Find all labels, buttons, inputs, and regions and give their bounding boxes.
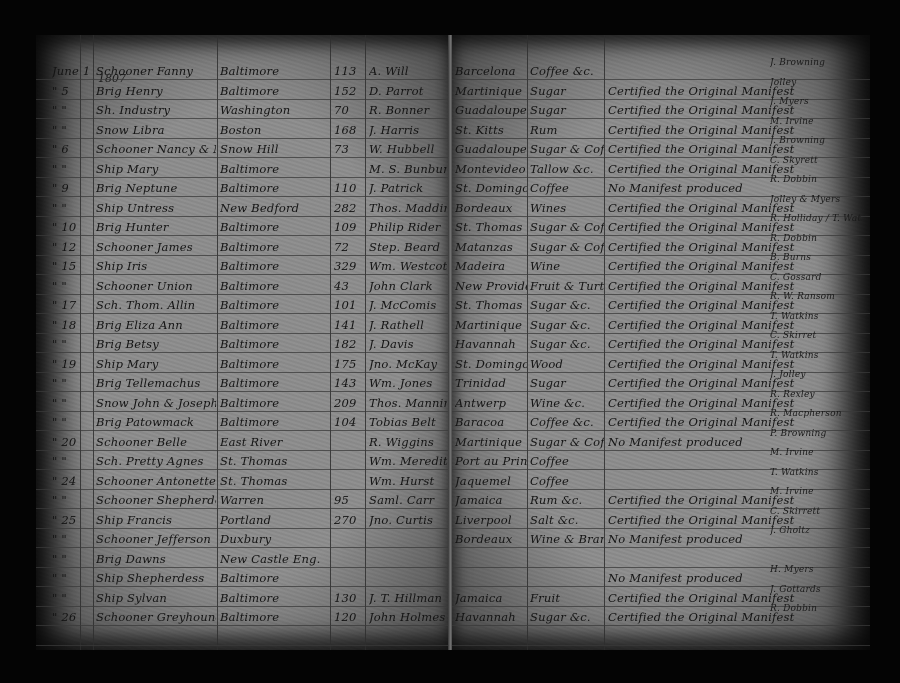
signature-cell: C. Skirret	[770, 331, 862, 341]
vessel-cell: Schooner Antonette	[96, 472, 216, 491]
date-cell: June 1	[52, 62, 94, 81]
port-cell: Duxbury	[220, 530, 328, 549]
port-cell: Baltimore	[220, 374, 328, 393]
date-cell: " "	[52, 277, 94, 296]
date-cell: " 18	[52, 316, 94, 335]
vessel-cell: Schooner James	[96, 238, 216, 257]
cargo-cell: Wood	[530, 355, 604, 374]
date-cell: " "	[52, 394, 94, 413]
column-rule	[365, 35, 366, 650]
port-cell: Baltimore	[220, 160, 328, 179]
from-port-cell: Havannah	[455, 335, 527, 354]
cargo-cell: Fruit & Turtle &c.	[530, 277, 604, 296]
vessel-cell: Sh. Industry	[96, 101, 216, 120]
port-cell: Baltimore	[220, 296, 328, 315]
from-port-cell: Montevideo	[455, 160, 527, 179]
date-cell: " 24	[52, 472, 94, 491]
signature-cell: C. Gossard	[770, 273, 862, 283]
cargo-cell: Coffee	[530, 472, 604, 491]
master-cell: John Clark	[369, 277, 447, 296]
from-port-cell: New Providence	[455, 277, 527, 296]
signature-cell: R. Dobbin	[770, 604, 862, 614]
from-port-cell: Jamaica	[455, 491, 527, 510]
port-cell: Baltimore	[220, 62, 328, 81]
master-cell	[369, 530, 447, 549]
cargo-cell: Sugar &c.	[530, 296, 604, 315]
signature-cell: P. Browning	[770, 429, 862, 439]
from-port-cell: Madeira	[455, 257, 527, 276]
master-cell: Wm. Westcott	[369, 257, 447, 276]
signature-cell: T. Watkins	[770, 312, 862, 322]
column-rule	[217, 35, 218, 650]
cargo-cell	[530, 550, 604, 569]
master-cell: D. Parrot	[369, 82, 447, 101]
vessel-cell: Schooner Belle	[96, 433, 216, 452]
port-cell: Snow Hill	[220, 140, 328, 159]
right-page: BarcelonaCoffee &c.J. BrowningMartinique…	[452, 35, 870, 650]
from-port-cell	[455, 550, 527, 569]
tonnage-cell: 104	[334, 413, 364, 432]
from-port-cell: Jamaica	[455, 589, 527, 608]
tonnage-cell: 110	[334, 179, 364, 198]
port-cell: Baltimore	[220, 277, 328, 296]
date-cell: " "	[52, 160, 94, 179]
master-cell: Wm. Jones	[369, 374, 447, 393]
date-cell: " 6	[52, 140, 94, 159]
from-port-cell: St. Domingo	[455, 179, 527, 198]
vessel-cell: Schooner Fanny	[96, 62, 216, 81]
vessel-cell: Schooner Nancy & Mary	[96, 140, 216, 159]
date-cell: " 15	[52, 257, 94, 276]
date-cell: " 26	[52, 608, 94, 627]
tonnage-cell: 329	[334, 257, 364, 276]
vessel-cell: Schooner Shepherdess	[96, 491, 216, 510]
date-cell: " "	[52, 589, 94, 608]
from-port-cell: Guadaloupe	[455, 140, 527, 159]
cargo-cell: Wine &c.	[530, 394, 604, 413]
master-cell: Wm. Mereditte	[369, 452, 447, 471]
master-cell: J. Patrick	[369, 179, 447, 198]
master-cell: J. Rathell	[369, 316, 447, 335]
tonnage-cell	[334, 452, 364, 471]
tonnage-cell: 72	[334, 238, 364, 257]
signature-cell: R. Rexley	[770, 390, 862, 400]
date-cell: " "	[52, 413, 94, 432]
port-cell: Baltimore	[220, 335, 328, 354]
signature-cell: H. Myers	[770, 565, 862, 575]
vessel-cell: Brig Eliza Ann	[96, 316, 216, 335]
signature-cell: J. Browning	[770, 136, 862, 146]
cargo-cell: Sugar	[530, 82, 604, 101]
row-rule	[36, 645, 450, 646]
date-cell: " "	[52, 550, 94, 569]
master-cell: Jno. McKay	[369, 355, 447, 374]
vessel-cell: Snow John & Joseph	[96, 394, 216, 413]
from-port-cell: Jaquemel	[455, 472, 527, 491]
signature-cell: R. Macpherson	[770, 409, 862, 419]
master-cell: R. Wiggins	[369, 433, 447, 452]
port-cell: Baltimore	[220, 589, 328, 608]
vessel-cell: Schooner Jefferson	[96, 530, 216, 549]
signature-cell: R. W. Ransom	[770, 292, 862, 302]
date-cell: " 10	[52, 218, 94, 237]
tonnage-cell	[334, 550, 364, 569]
port-cell: Baltimore	[220, 316, 328, 335]
vessel-cell: Sch. Thom. Allin	[96, 296, 216, 315]
vessel-cell: Schooner Greyhound	[96, 608, 216, 627]
tonnage-cell: 282	[334, 199, 364, 218]
port-cell: Washington	[220, 101, 328, 120]
from-port-cell: Bordeaux	[455, 530, 527, 549]
tonnage-cell: 141	[334, 316, 364, 335]
vessel-cell: Brig Patowmack	[96, 413, 216, 432]
master-cell: John Holmes	[369, 608, 447, 627]
from-port-cell: Matanzas	[455, 238, 527, 257]
master-cell: Tobias Belt	[369, 413, 447, 432]
row-rule	[452, 645, 870, 646]
port-cell: Baltimore	[220, 238, 328, 257]
tonnage-cell: 101	[334, 296, 364, 315]
signature-cell: C. Skyrett	[770, 156, 862, 166]
cargo-cell	[530, 569, 604, 588]
from-port-cell: Martinique	[455, 316, 527, 335]
tonnage-cell	[334, 433, 364, 452]
from-port-cell: Trinidad	[455, 374, 527, 393]
signature-cell: C. Skirrett	[770, 507, 862, 517]
from-port-cell: Bordeaux	[455, 199, 527, 218]
master-cell: Jno. Curtis	[369, 511, 447, 530]
column-rule	[330, 35, 331, 650]
port-cell: St. Thomas	[220, 452, 328, 471]
left-page: 1807 June 1Schooner FannyBaltimore113A. …	[36, 35, 450, 650]
cargo-cell: Wines	[530, 199, 604, 218]
cargo-cell: Sugar &c.	[530, 316, 604, 335]
tonnage-cell: 175	[334, 355, 364, 374]
tonnage-cell: 143	[334, 374, 364, 393]
from-port-cell: Liverpool	[455, 511, 527, 530]
date-cell: " 9	[52, 179, 94, 198]
vessel-cell: Brig Betsy	[96, 335, 216, 354]
master-cell: Thos. Manning	[369, 394, 447, 413]
date-cell: " 20	[52, 433, 94, 452]
port-cell: Baltimore	[220, 394, 328, 413]
master-cell: M. S. Bunbury	[369, 160, 447, 179]
cargo-cell: Coffee &c.	[530, 413, 604, 432]
date-cell: " "	[52, 452, 94, 471]
tonnage-cell	[334, 530, 364, 549]
from-port-cell	[455, 569, 527, 588]
vessel-cell: Ship Untress	[96, 199, 216, 218]
tonnage-cell: 152	[334, 82, 364, 101]
cargo-cell: Coffee	[530, 179, 604, 198]
cargo-cell: Sugar	[530, 101, 604, 120]
tonnage-cell: 73	[334, 140, 364, 159]
master-cell: Thos. Maddin	[369, 199, 447, 218]
cargo-cell: Coffee &c.	[530, 62, 604, 81]
master-cell: J. McComis	[369, 296, 447, 315]
signature-cell: R. Holliday / T. Watkins	[770, 214, 862, 224]
master-cell: A. Will	[369, 62, 447, 81]
from-port-cell: St. Thomas	[455, 218, 527, 237]
date-cell: " "	[52, 121, 94, 140]
tonnage-cell: 120	[334, 608, 364, 627]
date-cell: " 12	[52, 238, 94, 257]
cargo-cell: Wine	[530, 257, 604, 276]
tonnage-cell: 43	[334, 277, 364, 296]
vessel-cell: Brig Henry	[96, 82, 216, 101]
from-port-cell: Martinique	[455, 433, 527, 452]
tonnage-cell: 109	[334, 218, 364, 237]
tonnage-cell	[334, 472, 364, 491]
from-port-cell: Barcelona	[455, 62, 527, 81]
vessel-cell: Ship Iris	[96, 257, 216, 276]
signature-cell: R. Dobbin	[770, 234, 862, 244]
signature-cell: R. Dobbin	[770, 175, 862, 185]
signature-cell: J. Myers	[770, 97, 862, 107]
from-port-cell: St. Kitts	[455, 121, 527, 140]
signature-cell: Jolley & Myers	[770, 195, 862, 205]
vessel-cell: Ship Shepherdess	[96, 569, 216, 588]
vessel-cell: Sch. Pretty Agnes	[96, 452, 216, 471]
tonnage-cell: 168	[334, 121, 364, 140]
master-cell: W. Hubbell	[369, 140, 447, 159]
master-cell	[369, 550, 447, 569]
from-port-cell: St. Domingo	[455, 355, 527, 374]
ledger-scan: 1807 June 1Schooner FannyBaltimore113A. …	[0, 0, 900, 683]
port-cell: Baltimore	[220, 608, 328, 627]
signature-cell: M. Irvine	[770, 487, 862, 497]
vessel-cell: Brig Hunter	[96, 218, 216, 237]
port-cell: New Castle Eng.	[220, 550, 328, 569]
date-cell: " "	[52, 530, 94, 549]
cargo-cell: Wine & Brandy	[530, 530, 604, 549]
date-cell: " 17	[52, 296, 94, 315]
vessel-cell: Ship Francis	[96, 511, 216, 530]
signature-cell: T. Watkins	[770, 468, 862, 478]
cargo-cell: Fruit	[530, 589, 604, 608]
signature-cell: J. Browning	[770, 58, 862, 68]
column-rule	[527, 35, 528, 650]
vessel-cell: Ship Sylvan	[96, 589, 216, 608]
port-cell: Baltimore	[220, 218, 328, 237]
vessel-cell: Snow Libra	[96, 121, 216, 140]
port-cell: Warren	[220, 491, 328, 510]
tonnage-cell: 70	[334, 101, 364, 120]
cargo-cell: Coffee	[530, 452, 604, 471]
port-cell: East River	[220, 433, 328, 452]
signature-cell: J. Jolley	[770, 370, 862, 380]
master-cell: J. T. Hillman	[369, 589, 447, 608]
vessel-cell: Brig Neptune	[96, 179, 216, 198]
cargo-cell: Rum &c.	[530, 491, 604, 510]
port-cell: Baltimore	[220, 569, 328, 588]
signature-cell: Jolley	[770, 78, 862, 88]
port-cell: New Bedford	[220, 199, 328, 218]
port-cell: Portland	[220, 511, 328, 530]
port-cell: Baltimore	[220, 413, 328, 432]
from-port-cell: Martinique	[455, 82, 527, 101]
date-cell: " 19	[52, 355, 94, 374]
date-cell: " "	[52, 374, 94, 393]
from-port-cell: Havannah	[455, 608, 527, 627]
port-cell: Boston	[220, 121, 328, 140]
vessel-cell: Ship Mary	[96, 355, 216, 374]
signature-cell: J. Gholtz	[770, 526, 862, 536]
tonnage-cell: 113	[334, 62, 364, 81]
signature-cell: J. Gottards	[770, 585, 862, 595]
cargo-cell: Sugar & Coffee	[530, 433, 604, 452]
from-port-cell: Antwerp	[455, 394, 527, 413]
date-cell: " 5	[52, 82, 94, 101]
date-cell: " "	[52, 335, 94, 354]
master-cell: R. Bonner	[369, 101, 447, 120]
date-cell: " "	[52, 101, 94, 120]
master-cell: Wm. Hurst	[369, 472, 447, 491]
signature-cell: T. Watkins	[770, 351, 862, 361]
tonnage-cell: 130	[334, 589, 364, 608]
date-cell: " 25	[52, 511, 94, 530]
tonnage-cell: 209	[334, 394, 364, 413]
date-cell: " "	[52, 199, 94, 218]
signature-cell	[770, 546, 862, 556]
port-cell: Baltimore	[220, 355, 328, 374]
vessel-cell: Brig Tellemachus	[96, 374, 216, 393]
cargo-cell: Sugar	[530, 374, 604, 393]
master-cell: Philip Rider	[369, 218, 447, 237]
cargo-cell: Salt &c.	[530, 511, 604, 530]
signature-cell: B. Burns	[770, 253, 862, 263]
cargo-cell: Sugar &c.	[530, 335, 604, 354]
master-cell: Saml. Carr	[369, 491, 447, 510]
column-rule	[604, 35, 605, 650]
tonnage-cell: 182	[334, 335, 364, 354]
port-cell: Baltimore	[220, 257, 328, 276]
cargo-cell: Sugar & Coffee	[530, 140, 604, 159]
cargo-cell: Tallow &c.	[530, 160, 604, 179]
master-cell: J. Davis	[369, 335, 447, 354]
from-port-cell: St. Thomas	[455, 296, 527, 315]
from-port-cell: Guadaloupe	[455, 101, 527, 120]
tonnage-cell: 95	[334, 491, 364, 510]
cargo-cell: Sugar & Coffee	[530, 218, 604, 237]
tonnage-cell	[334, 569, 364, 588]
vessel-cell: Schooner Union	[96, 277, 216, 296]
signature-cell: M. Irvine	[770, 448, 862, 458]
date-cell: " "	[52, 569, 94, 588]
vessel-cell: Ship Mary	[96, 160, 216, 179]
from-port-cell: Baracoa	[455, 413, 527, 432]
cargo-cell: Sugar & Coffee	[530, 238, 604, 257]
tonnage-cell: 270	[334, 511, 364, 530]
port-cell: St. Thomas	[220, 472, 328, 491]
cargo-cell: Rum	[530, 121, 604, 140]
port-cell: Baltimore	[220, 82, 328, 101]
vessel-cell: Brig Dawns	[96, 550, 216, 569]
date-cell: " "	[52, 491, 94, 510]
port-cell: Baltimore	[220, 179, 328, 198]
from-port-cell: Port au Prince	[455, 452, 527, 471]
tonnage-cell	[334, 160, 364, 179]
cargo-cell: Sugar &c.	[530, 608, 604, 627]
master-cell: J. Harris	[369, 121, 447, 140]
master-cell: Step. Beard	[369, 238, 447, 257]
master-cell	[369, 569, 447, 588]
signature-cell: M. Irvine	[770, 117, 862, 127]
